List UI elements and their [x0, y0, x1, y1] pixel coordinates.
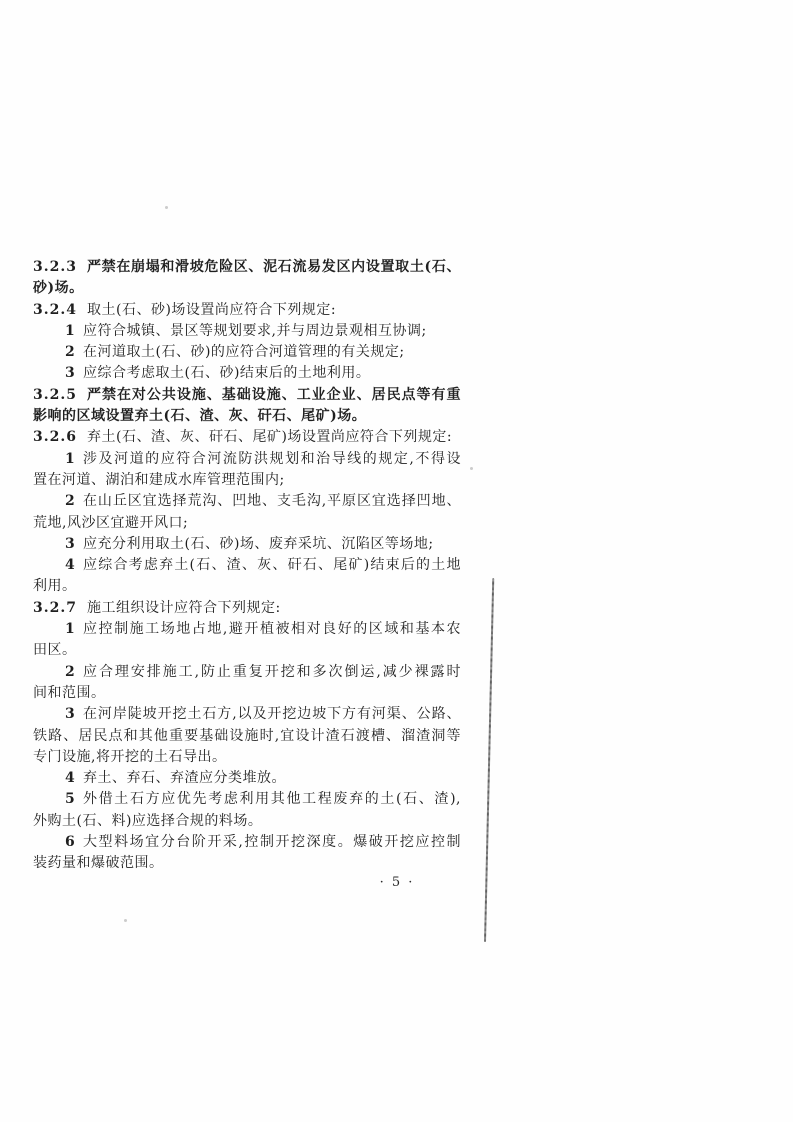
text-line: 影响的区域设置弃土(石、渣、灰、矸石、尾矿)场。 [33, 406, 461, 427]
document-page: 3.2.3严禁在崩塌和滑坡危险区、泥石流易发区内设置取土(石、砂)场。3.2.4… [0, 0, 793, 1122]
line-text: 应控制施工场地占地,避开植被相对良好的区域和基本农 [83, 619, 461, 640]
line-text: 严禁在对公共设施、基础设施、工业企业、居民点等有重大 [87, 385, 461, 406]
line-text: 应充分利用取土(石、砂)场、废弃采坑、沉陷区等场地; [83, 534, 461, 555]
line-text: 在河岸陡坡开挖土石方,以及开挖边坡下方有河渠、公路、 [83, 704, 461, 725]
text-line: 2在河道取土(石、砂)的应符合河道管理的有关规定; [33, 342, 461, 363]
text-line: 置在河道、湖泊和建成水库管理范围内; [33, 470, 461, 491]
line-text: 应综合考虑取土(石、砂)结束后的土地利用。 [83, 363, 461, 384]
text-line: 砂)场。 [33, 278, 461, 299]
text-line: 专门设施,将开挖的土石导出。 [33, 747, 461, 768]
line-text: 弃土(石、渣、灰、矸石、尾矿)场设置尚应符合下列规定: [87, 427, 461, 448]
item-number: 4 [65, 555, 75, 576]
text-line: 3应综合考虑取土(石、砂)结束后的土地利用。 [33, 363, 461, 384]
text-line: 6大型料场宜分台阶开采,控制开挖深度。爆破开挖应控制 [33, 832, 461, 853]
text-line: 荒地,风沙区宜避开风口; [33, 513, 461, 534]
line-text: 大型料场宜分台阶开采,控制开挖深度。爆破开挖应控制 [83, 832, 461, 853]
line-text: 在河道取土(石、砂)的应符合河道管理的有关规定; [83, 342, 461, 363]
item-number: 3 [65, 704, 75, 725]
text-line: 3在河岸陡坡开挖土石方,以及开挖边坡下方有河渠、公路、 [33, 704, 461, 725]
text-line: 3.2.3严禁在崩塌和滑坡危险区、泥石流易发区内设置取土(石、 [33, 257, 461, 278]
scan-speck [165, 206, 168, 209]
text-line: 4弃土、弃石、弃渣应分类堆放。 [33, 768, 461, 789]
item-number: 1 [65, 321, 75, 342]
item-number: 1 [65, 619, 75, 640]
line-text: 外借土石方应优先考虑利用其他工程废弃的土(石、渣), [83, 789, 461, 810]
text-line: 4应综合考虑弃土(石、渣、灰、矸石、尾矿)结束后的土地 [33, 555, 461, 576]
item-number: 4 [65, 768, 75, 789]
clause-number: 3.2.6 [33, 427, 77, 448]
line-text: 砂)场。 [33, 278, 461, 299]
text-line: 田区。 [33, 640, 461, 661]
clause-number: 3.2.4 [33, 300, 77, 321]
item-number: 5 [65, 789, 75, 810]
text-line: 3.2.7施工组织设计应符合下列规定: [33, 598, 461, 619]
line-text: 涉及河道的应符合河流防洪规划和治导线的规定,不得设 [83, 449, 461, 470]
document-text: 3.2.3严禁在崩塌和滑坡危险区、泥石流易发区内设置取土(石、砂)场。3.2.4… [33, 257, 461, 875]
line-text: 置在河道、湖泊和建成水库管理范围内; [33, 470, 461, 491]
line-text: 应合理安排施工,防止重复开挖和多次倒运,减少裸露时 [83, 662, 461, 683]
item-number: 2 [65, 491, 75, 512]
line-text: 在山丘区宜选择荒沟、凹地、支毛沟,平原区宜选择凹地、 [83, 491, 461, 512]
item-number: 3 [65, 363, 75, 384]
line-text: 影响的区域设置弃土(石、渣、灰、矸石、尾矿)场。 [33, 406, 461, 427]
scan-artifact-line [484, 578, 494, 942]
text-line: 铁路、居民点和其他重要基础设施时,宜设计渣石渡槽、溜渣洞等 [33, 726, 461, 747]
line-text: 专门设施,将开挖的土石导出。 [33, 747, 461, 768]
text-line: 外购土(石、料)应选择合规的料场。 [33, 811, 461, 832]
line-text: 外购土(石、料)应选择合规的料场。 [33, 811, 461, 832]
text-line: 2应合理安排施工,防止重复开挖和多次倒运,减少裸露时 [33, 662, 461, 683]
line-text: 利用。 [33, 576, 461, 597]
line-text: 应综合考虑弃土(石、渣、灰、矸石、尾矿)结束后的土地 [83, 555, 461, 576]
line-text: 间和范围。 [33, 683, 461, 704]
line-text: 取土(石、砂)场设置尚应符合下列规定: [87, 300, 461, 321]
text-line: 3.2.4取土(石、砂)场设置尚应符合下列规定: [33, 300, 461, 321]
text-line: 2在山丘区宜选择荒沟、凹地、支毛沟,平原区宜选择凹地、 [33, 491, 461, 512]
item-number: 3 [65, 534, 75, 555]
scan-speck [470, 467, 473, 470]
text-line: 1应控制施工场地占地,避开植被相对良好的区域和基本农 [33, 619, 461, 640]
item-number: 2 [65, 662, 75, 683]
line-text: 荒地,风沙区宜避开风口; [33, 513, 461, 534]
scan-speck [124, 919, 127, 922]
text-line: 间和范围。 [33, 683, 461, 704]
line-text: 田区。 [33, 640, 461, 661]
text-line: 3.2.5严禁在对公共设施、基础设施、工业企业、居民点等有重大 [33, 385, 461, 406]
line-text: 严禁在崩塌和滑坡危险区、泥石流易发区内设置取土(石、 [87, 257, 461, 278]
item-number: 2 [65, 342, 75, 363]
text-line: 3.2.6弃土(石、渣、灰、矸石、尾矿)场设置尚应符合下列规定: [33, 427, 461, 448]
line-text: 铁路、居民点和其他重要基础设施时,宜设计渣石渡槽、溜渣洞等 [33, 726, 461, 747]
text-line: 利用。 [33, 576, 461, 597]
item-number: 6 [65, 832, 75, 853]
scanned-standard-page: { "page": { "background_color": "#fefefe… [0, 0, 793, 1122]
line-text: 施工组织设计应符合下列规定: [87, 598, 461, 619]
text-line: 1涉及河道的应符合河流防洪规划和治导线的规定,不得设 [33, 449, 461, 470]
line-text: 装药量和爆破范围。 [33, 853, 461, 874]
line-text: 弃土、弃石、弃渣应分类堆放。 [83, 768, 461, 789]
clause-number: 3.2.3 [33, 257, 77, 278]
text-line: 装药量和爆破范围。 [33, 853, 461, 874]
line-text: 应符合城镇、景区等规划要求,并与周边景观相互协调; [83, 321, 461, 342]
clause-number: 3.2.5 [33, 385, 77, 406]
text-line: 5外借土石方应优先考虑利用其他工程废弃的土(石、渣), [33, 789, 461, 810]
page-number: · 5 · [366, 875, 428, 891]
item-number: 1 [65, 449, 75, 470]
text-line: 1应符合城镇、景区等规划要求,并与周边景观相互协调; [33, 321, 461, 342]
text-line: 3应充分利用取土(石、砂)场、废弃采坑、沉陷区等场地; [33, 534, 461, 555]
clause-number: 3.2.7 [33, 598, 77, 619]
